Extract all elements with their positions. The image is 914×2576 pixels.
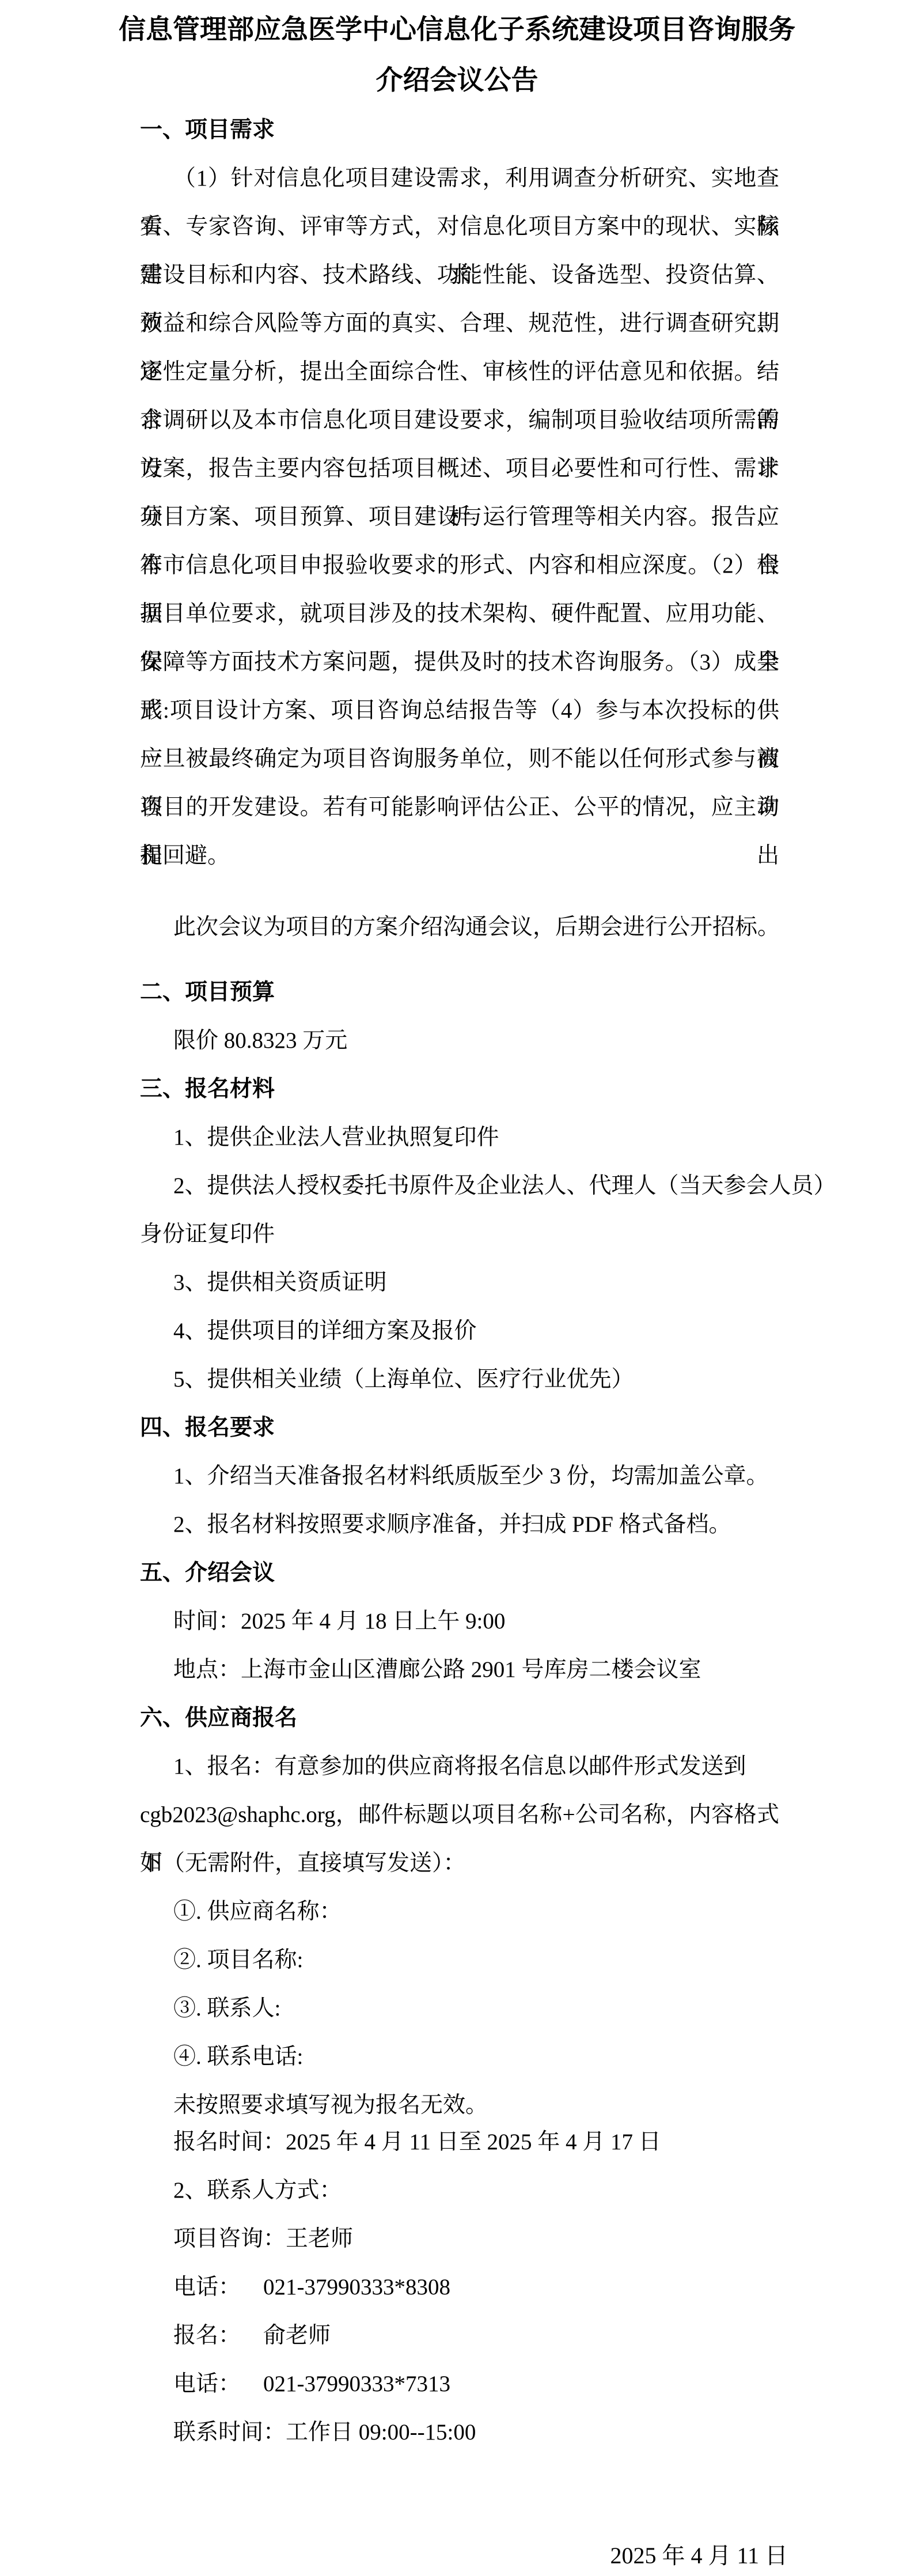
doc-line-pline: 实、专家咨询、评审等方式，对信息化项目方案中的现状、实际需求、 [140, 203, 779, 251]
doc-line-pline: cgb2023@shaphc.org，邮件标题以项目名称+公司名称，内容格式如 [140, 1791, 779, 1839]
doc-line-heading: 三、报名材料 [140, 1065, 779, 1113]
doc-line-item: 4、提供项目的详细方案及报价 [140, 1307, 779, 1355]
doc-line-item: 地点：上海市金山区漕廊公路 2901 号库房二楼会议室 [140, 1646, 779, 1694]
doc-line-heading: 一、项目需求 [140, 106, 779, 154]
doc-line-item: 5、提供相关业绩（上海单位、医疗行业优先） [140, 1355, 779, 1404]
doc-line-item: ③. 联系人: [140, 1984, 779, 2033]
doc-line-pline: 方案，报告主要内容包括项目概述、项目必要性和可行性、需求分析、 [140, 445, 779, 493]
doc-line-heading: 二、项目预算 [140, 968, 779, 1017]
doc-line-item: 项目咨询：王老师 [140, 2215, 779, 2263]
document-body: 一、项目需求（1）针对信息化项目建设需求，利用调查分析研究、实地查看核实、专家咨… [140, 106, 779, 2457]
doc-line-pline: 一旦被最终确定为项目咨询服务单位，则不能以任何形式参与被咨询 [140, 735, 779, 783]
doc-line-heading: 六、供应商报名 [140, 1694, 779, 1742]
title-line-1: 信息管理部应急医学中心信息化子系统建设项目咨询服务 [0, 5, 914, 55]
doc-line-cont: 下（无需附件，直接填写发送）： [140, 1839, 779, 1888]
doc-line-item: 电话： 021-37990333*8308 [140, 2263, 779, 2312]
doc-line-item: 此次会议为项目的方案介绍沟通会议，后期会进行公开招标。 [140, 903, 779, 952]
doc-line-item: 报名时间：2025 年 4 月 11 日至 2025 年 4 月 17 日 [140, 2118, 779, 2166]
doc-line-item: 2、提供法人授权委托书原件及企业法人、代理人（当天参会人员） [140, 1162, 779, 1210]
doc-line-pline: 式:项目设计方案、项目咨询总结报告等（4）参与本次投标的供应商 [140, 687, 779, 735]
doc-line-pline: 建设目标和内容、技术路线、功能性能、设备选型、投资估算、预期 [140, 251, 779, 300]
doc-line-heading: 四、报名要求 [140, 1404, 779, 1452]
doc-line-heading: 五、介绍会议 [140, 1549, 779, 1597]
doc-line-item: 限价 80.8323 万元 [140, 1017, 779, 1065]
doc-line-item: ②. 项目名称: [140, 1936, 779, 1984]
doc-line-item: 2、联系人方式： [140, 2166, 779, 2215]
doc-line-pline: 项目的开发建设。若有可能影响评估公正、公平的情况，应主动提出 [140, 783, 779, 832]
doc-line-item: ①. 供应商名称： [140, 1888, 779, 1936]
doc-line-pline: 效益和综合风险等方面的真实、合理、规范性，进行调查研究、逐一 [140, 300, 779, 348]
document-date: 2025 年 4 月 11 日 [610, 2532, 788, 2576]
title-line-2: 介绍会议公告 [0, 55, 914, 106]
doc-line-item: 1、报名：有意参加的供应商将报名信息以邮件形式发送到 [140, 1742, 779, 1791]
doc-line-item: 时间：2025 年 4 月 18 日上午 9:00 [140, 1597, 779, 1646]
document-page: 信息管理部应急医学中心信息化子系统建设项目咨询服务 介绍会议公告 一、项目需求（… [0, 0, 914, 2576]
doc-line-item: 联系时间：工作日 09:00--15:00 [140, 2408, 779, 2457]
doc-line-item: 电话： 021-37990333*7313 [140, 2360, 779, 2408]
doc-line-item: 1、提供企业法人营业执照复印件 [140, 1113, 779, 1162]
doc-line-pline: 本市信息化项目申报验收要求的形式、内容和相应深度。（2）根据 [140, 541, 779, 590]
doc-line-item: 3、提供相关资质证明 [140, 1259, 779, 1307]
doc-line-pfirst: （1）针对信息化项目建设需求，利用调查分析研究、实地查看核 [140, 154, 779, 203]
doc-line-pline: 求调研以及本市信息化项目建设要求，编制项目验收结项所需的设计 [140, 396, 779, 445]
doc-line-cont: 身份证复印件 [140, 1210, 779, 1259]
doc-line-item: 2、报名材料按照要求顺序准备，并扫成 PDF 格式备档。 [140, 1501, 779, 1549]
doc-line-pline: 保障等方面技术方案问题，提供及时的技术咨询服务。（3）成果形 [140, 638, 779, 687]
doc-line-pline: 项目单位要求，就项目涉及的技术架构、硬件配置、应用功能、安全 [140, 590, 779, 638]
doc-line-pline: 项目方案、项目预算、项目建设与运行管理等相关内容。报告应符合 [140, 493, 779, 541]
doc-line-item: ④. 联系电话: [140, 2033, 779, 2081]
doc-line-item: 报名： 俞老师 [140, 2312, 779, 2360]
doc-line-item: 1、介绍当天准备报名材料纸质版至少 3 份，均需加盖公章。 [140, 1452, 779, 1501]
document-title: 信息管理部应急医学中心信息化子系统建设项目咨询服务 介绍会议公告 [0, 0, 914, 106]
doc-line-pline: 定性定量分析，提出全面综合性、审核性的评估意见和依据。结合需 [140, 348, 779, 396]
